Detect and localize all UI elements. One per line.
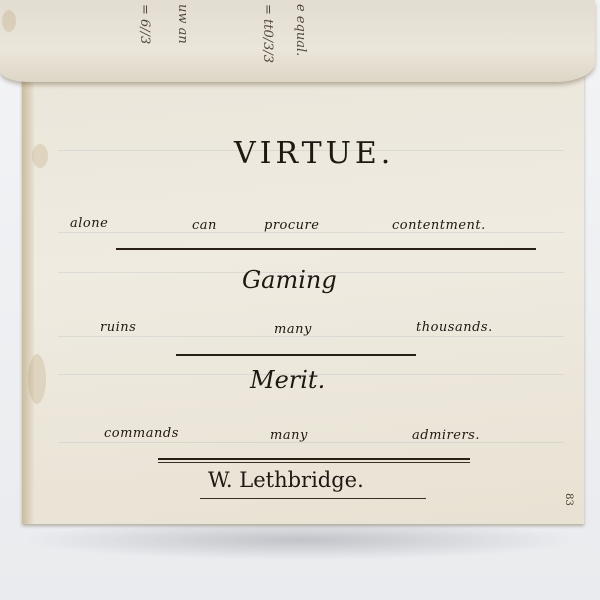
mirror-text: e equal. bbox=[293, 4, 308, 56]
page-number: 83 bbox=[563, 493, 574, 506]
signature: W. Lethbridge. bbox=[208, 468, 364, 492]
mirror-text: = tt0/3/3 bbox=[260, 4, 275, 63]
mirror-text: = 6//3 bbox=[137, 4, 152, 44]
copybook-page: VIRTUE. alone can procure contentment. G… bbox=[22, 74, 584, 524]
facing-page-top: = 6//3 uw an = tt0/3/3 e equal. bbox=[0, 0, 595, 82]
underline bbox=[158, 458, 470, 460]
ruled-line bbox=[58, 442, 564, 443]
mirror-text: uw an bbox=[175, 4, 190, 44]
underline bbox=[116, 248, 536, 250]
heading-virtue: VIRTUE. bbox=[234, 136, 394, 171]
word: many bbox=[270, 428, 308, 443]
word: thousands. bbox=[416, 320, 493, 335]
heading-gaming: Gaming bbox=[242, 266, 337, 294]
word: alone bbox=[70, 216, 108, 231]
word: admirers. bbox=[412, 428, 480, 443]
word: many bbox=[274, 322, 312, 337]
word: can bbox=[192, 218, 217, 233]
signature-line bbox=[200, 498, 426, 499]
word: ruins bbox=[100, 320, 136, 335]
stain bbox=[32, 144, 48, 168]
underline bbox=[158, 462, 470, 463]
underline bbox=[176, 354, 416, 356]
word: contentment. bbox=[392, 218, 486, 233]
stain bbox=[28, 354, 46, 404]
heading-merit: Merit. bbox=[250, 366, 325, 394]
word: procure bbox=[264, 218, 319, 233]
book-shadow bbox=[20, 520, 580, 560]
stain bbox=[2, 10, 16, 32]
word: commands bbox=[104, 426, 179, 441]
